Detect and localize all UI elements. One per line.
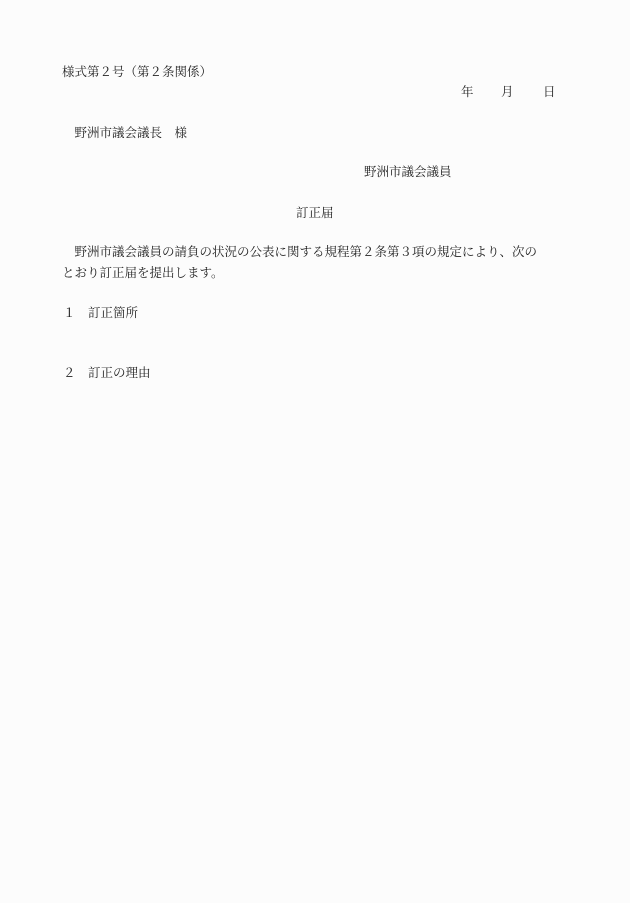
- item-number: ２: [63, 367, 88, 380]
- document-title: 訂正届: [296, 207, 334, 220]
- body-text-line-2: とおり訂正届を提出します。: [62, 267, 224, 280]
- item-number: １: [63, 307, 88, 320]
- date-line: 年月日: [461, 86, 556, 99]
- date-month-label: 月: [501, 86, 543, 99]
- item-label: 訂正箇所: [88, 305, 138, 320]
- body-text-line-1: 野洲市議会議員の請負の状況の公表に関する規程第２条第３項の規定により、次の: [62, 246, 537, 259]
- item-label: 訂正の理由: [88, 365, 151, 380]
- submitter-title: 野洲市議会議員: [364, 166, 452, 179]
- date-year-label: 年: [461, 86, 501, 99]
- item-correction-location: １訂正箇所: [63, 307, 138, 320]
- addressee: 野洲市議会議長 様: [62, 127, 187, 140]
- date-day-label: 日: [543, 86, 556, 99]
- form-number: 様式第２号（第２条関係）: [62, 66, 212, 79]
- item-correction-reason: ２訂正の理由: [63, 367, 151, 380]
